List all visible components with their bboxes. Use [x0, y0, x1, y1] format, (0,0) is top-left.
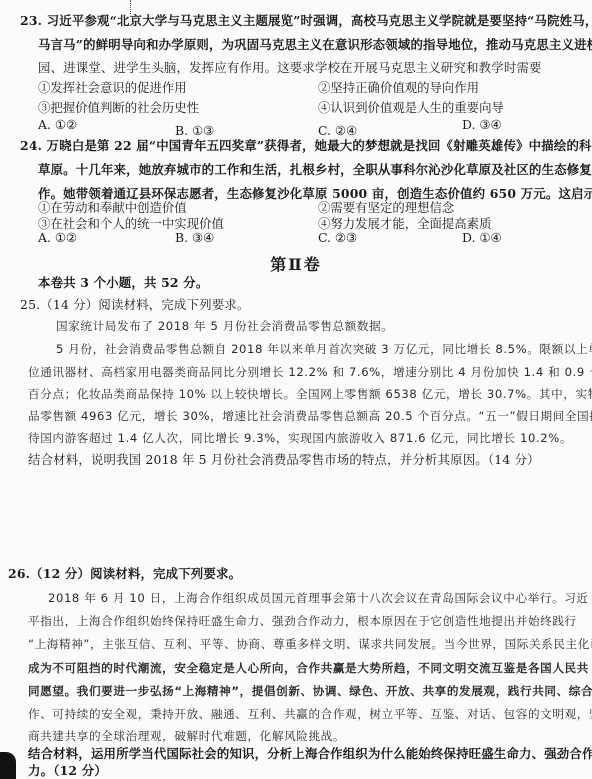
q25-material-line-5: 品零售额 4963 亿元，增长 30%，增速比社会消费品零售总额高 20.5 个…	[28, 408, 592, 424]
q26-question-line-1: 结合材料，运用所学当代国际社会的知识，分析上海合作组织为什么能始终保持旺盛生命力…	[28, 746, 592, 762]
q25-material-line-1: 国家统计局发布了 2018 年 5 月份社会消费品零售总额数据。	[56, 318, 393, 334]
q24-statement-1: ①在劳动和奉献中创造价值	[38, 200, 187, 216]
q26-material-line-6: 作、可持续的安全观，秉持开放、融通、互利、共赢的合作观，树立平等、互鉴、对话、包…	[28, 706, 592, 722]
q24-statement-2: ②需要有坚定的理想信念	[318, 200, 454, 216]
q24-option-b: B. ③④	[175, 230, 214, 246]
q26-material-line-2: 平指出，上海合作组织始终保持旺盛生命力、强劲合作动力，根本原因在于它创造性地提出…	[28, 613, 577, 629]
scan-speck	[130, 0, 133, 14]
q24-stem-line-1: 24. 万晓白是第 22 届“中国青年五四奖章”获得者，她最大的梦想就是找回《射…	[20, 138, 592, 154]
q23-option-d: D. ③④	[462, 117, 502, 133]
q26-material-line-5: 同愿望。我们要进一步弘扬“上海精神”，提倡创新、协调、绿色、开放、共享的发展观，…	[28, 683, 592, 699]
q26-header: 26.（12 分）阅读材料，完成下列要求。	[8, 566, 241, 582]
section-intro: 本卷共 3 个小题，共 52 分。	[38, 275, 208, 291]
q23-option-c: C. ②④	[318, 123, 357, 139]
q26-question-line-2: 力。（12 分）	[28, 763, 107, 779]
q23-statement-2: ②坚持正确价值观的导向作用	[318, 80, 479, 96]
q23-stem-line-1: 23. 习近平参观“北京大学与马克思主义主题展览”时强调，高校马克思主义学院就是…	[20, 13, 592, 29]
q25-question: 结合材料，说明我国 2018 年 5 月份社会消费品零售市场的特点，并分析其原因…	[28, 452, 540, 468]
q23-option-b: B. ①③	[175, 123, 214, 139]
q23-option-a: A. ①②	[38, 117, 77, 133]
q26-material-line-3: “上海精神”，主张互信、互利、平等、协商、尊重多样文明、谋求共同发展。当今世界，…	[28, 636, 592, 652]
q25-material-line-3: 位通讯器材、高档家用电器类商品同比分别增长 12.2% 和 7.6%，增速分别比…	[28, 364, 592, 380]
q24-option-a: A. ①②	[38, 230, 77, 246]
section-title: 第Ⅱ卷	[0, 252, 592, 275]
q24-stem-line-2: 草原。十几年来，她放弃城市的工作和生活，扎根乡村，全职从事科尔沁沙化草原及社区的…	[38, 162, 592, 178]
scan-ink-blot	[0, 752, 16, 779]
q25-material-line-2: 5 月份，社会消费品零售总额自 2018 年以来单月首次突破 3 万亿元，同比增…	[56, 341, 592, 357]
q25-header: 25.（14 分）阅读材料，完成下列要求。	[20, 297, 249, 313]
q26-material-line-7: 商共建共享的全球治理观，破解时代难题，化解风险挑战。	[28, 728, 345, 744]
q25-material-line-4: 百分点；化妆品类商品保持 10% 以上较快增长。全国网上零售额 6538 亿元，…	[28, 386, 592, 402]
q25-material-line-6: 待国内游客超过 1.4 亿人次，同比增长 9.3%，实现国内旅游收入 871.6…	[28, 430, 572, 446]
exam-page: 23. 习近平参观“北京大学与马克思主义主题展览”时强调，高校马克思主义学院就是…	[0, 0, 592, 779]
q23-stem-line-3: 园、进课堂、进学生头脑，发挥应有作用。这要求学校在开展马克思主义研究和教学时需要	[38, 60, 542, 76]
q23-statement-1: ①发挥社会意识的促进作用	[38, 80, 187, 96]
q23-statement-4: ④认识到价值观是人生的重要向导	[318, 100, 504, 116]
q26-material-line-4: 成为不可阻挡的时代潮流，安全稳定是人心所向，合作共赢是大势所趋，不同文明交流互鉴…	[28, 660, 589, 676]
q26-material-line-1: 2018 年 6 月 10 日，上海合作组织成员国元首理事会第十八次会议在青岛国…	[48, 590, 589, 606]
q23-statement-3: ③把握价值判断的社会历史性	[38, 100, 199, 116]
q24-option-d: D. ①④	[462, 230, 502, 246]
q24-option-c: C. ②③	[318, 230, 357, 246]
q23-stem-line-2: 马言马”的鲜明导向和办学原则，为巩固马克思主义在意识形态领域的指导地位，推动马克…	[38, 37, 592, 53]
